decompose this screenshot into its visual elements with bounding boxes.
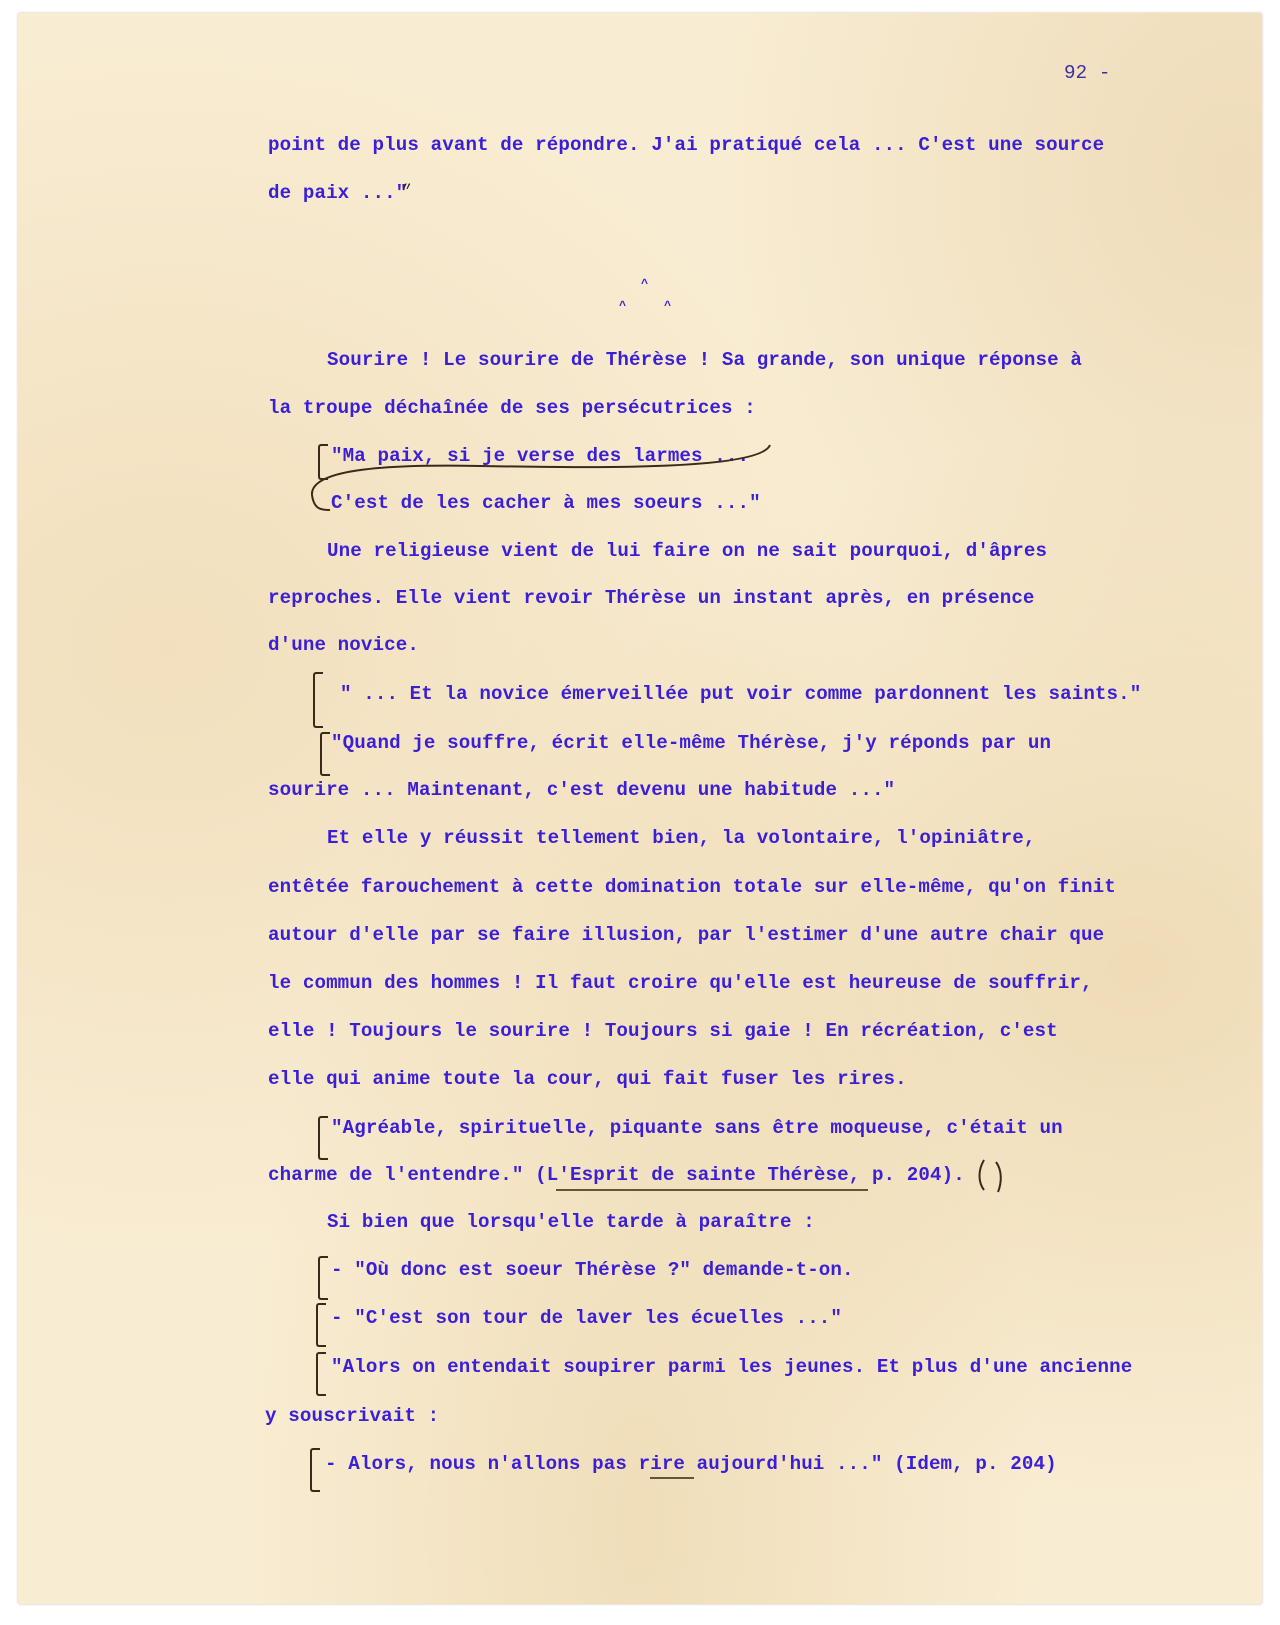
quote-line: " ... Et la novice émerveillée put voir … [340,682,1141,706]
text-line: point de plus avant de répondre. J'ai pr… [268,133,1104,157]
dialogue-line: - "Où donc est soeur Thérèse ?" demande-… [331,1258,854,1282]
paragraph-start: Si bien que lorsqu'elle tarde à paraître… [327,1210,815,1234]
handwritten-bracket [310,1448,320,1492]
text-line: elle qui anime toute la cour, qui fait f… [268,1067,907,1091]
handwritten-underline-curve [300,440,780,520]
handwritten-bracket [316,1352,326,1396]
asterism-mark: ^ [619,294,626,318]
handwritten-underline [650,1477,694,1479]
handwritten-underline [556,1189,868,1191]
text-line: entêtée farouchement à cette domination … [268,875,1116,899]
text-line: elle ! Toujours le sourire ! Toujours si… [268,1019,1058,1043]
asterism-mark: ^ [641,272,648,296]
text-line: reproches. Elle vient revoir Thérèse un … [268,586,1035,610]
handwritten-bracket [318,1116,328,1160]
handwritten-bracket [320,732,330,776]
citation-line: charme de l'entendre." (L'Esprit de sain… [268,1163,965,1187]
dialogue-line: - Alors, nous n'allons pas rire aujourd'… [325,1452,1057,1476]
text-line: autour d'elle par se faire illusion, par… [268,923,1104,947]
page-number: 92 - [1064,61,1110,85]
handwritten-bracket [313,672,323,728]
handwritten-bracket [318,1256,328,1300]
paragraph-start: Une religieuse vient de lui faire on ne … [327,539,1047,563]
paragraph-start: Sourire ! Le sourire de Thérèse ! Sa gra… [327,348,1082,372]
paragraph-start: Et elle y réussit tellement bien, la vol… [327,826,1035,850]
dialogue-line: - "C'est son tour de laver les écuelles … [331,1306,842,1330]
text-line: le commun des hommes ! Il faut croire qu… [268,971,1093,995]
text-line: y souscrivait : [265,1404,439,1428]
text-line: sourire ... Maintenant, c'est devenu une… [268,778,895,802]
text-line: d'une novice. [268,633,419,657]
asterism-mark: ^ [664,294,671,318]
text-line: de paix ..." [268,181,407,205]
handwritten-bracket [316,1303,326,1347]
text-line: la troupe déchaînée de ses persécutrices… [268,396,756,420]
quote-line: "Alors on entendait soupirer parmi les j… [331,1355,1132,1379]
handwritten-parenthesis-mark [976,1156,1006,1196]
handwritten-closing-mark: ״ [402,176,411,202]
quote-line: "Agréable, spirituelle, piquante sans êt… [331,1116,1063,1140]
quote-line: "Quand je souffre, écrit elle-même Thérè… [331,731,1051,755]
